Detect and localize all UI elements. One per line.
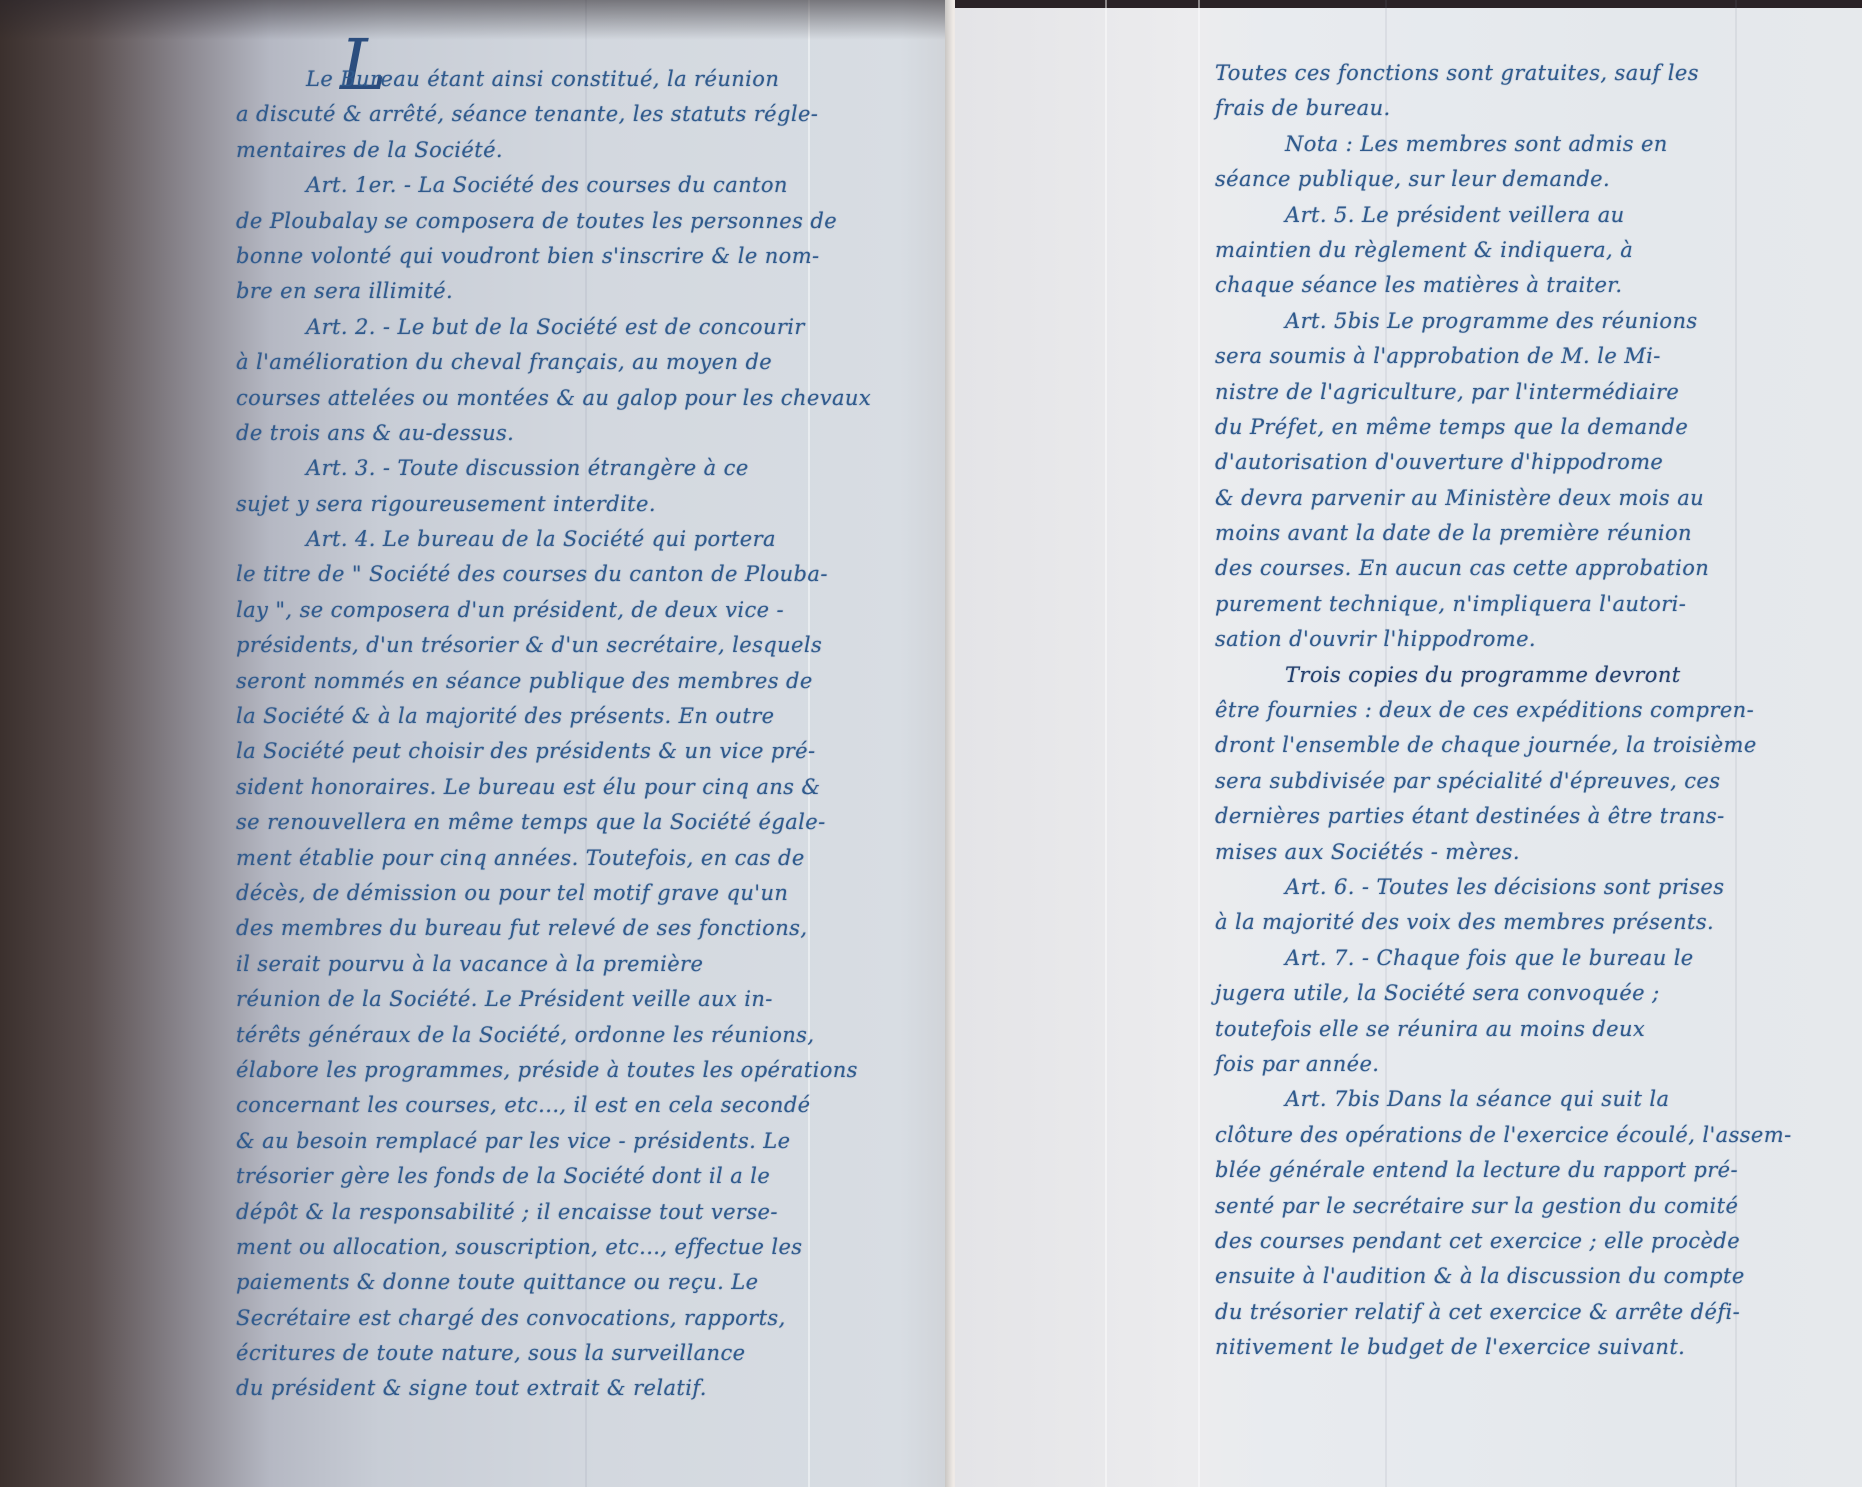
handwritten-line: Art. 4. Le bureau de la Société qui port… [236,522,936,557]
right-page-text: Toutes ces fonctions sont gratuites, sau… [1215,56,1855,1365]
handwritten-line: senté par le secrétaire sur la gestion d… [1215,1189,1855,1224]
handwritten-line: Le Bureau étant ainsi constitué, la réun… [236,62,936,97]
handwritten-line: concernant les courses, etc..., il est e… [236,1088,936,1123]
handwritten-line: seront nommés en séance publique des mem… [236,664,936,699]
handwritten-line: sident honoraires. Le bureau est élu pou… [236,770,936,805]
handwritten-line: chaque séance les matières à traiter. [1215,268,1855,303]
paper-crease [1105,0,1107,1487]
handwritten-line: mises aux Sociétés - mères. [1215,835,1855,870]
handwritten-line: Art. 6. - Toutes les décisions sont pris… [1215,870,1855,905]
handwritten-line: toutefois elle se réunira au moins deux [1215,1012,1855,1047]
handwritten-line: sera soumis à l'approbation de M. le Mi- [1215,339,1855,374]
handwritten-line: du président & signe tout extrait & rela… [236,1371,936,1406]
handwritten-line: de trois ans & au-dessus. [236,416,936,451]
handwritten-line: il serait pourvu à la vacance à la premi… [236,947,936,982]
handwritten-line: à l'amélioration du cheval français, au … [236,345,936,380]
handwritten-line: écritures de toute nature, sous la surve… [236,1336,936,1371]
handwritten-line: bre en sera illimité. [236,274,936,309]
handwritten-line: trésorier gère les fonds de la Société d… [236,1159,936,1194]
handwritten-line: Art. 7. - Chaque fois que le bureau le [1215,941,1855,976]
handwritten-line: moins avant la date de la première réuni… [1215,516,1855,551]
handwritten-line: Nota : Les membres sont admis en [1215,127,1855,162]
handwritten-line: du trésorier relatif à cet exercice & ar… [1215,1295,1855,1330]
handwritten-line: blée générale entend la lecture du rappo… [1215,1153,1855,1188]
handwritten-line: clôture des opérations de l'exercice éco… [1215,1118,1855,1153]
handwritten-line: a discuté & arrêté, séance tenante, les … [236,97,936,132]
handwritten-line: sation d'ouvrir l'hippodrome. [1215,622,1855,657]
left-page-text: Le Bureau étant ainsi constitué, la réun… [236,62,936,1407]
handwritten-line: nistre de l'agriculture, par l'intermédi… [1215,375,1855,410]
handwritten-line: élabore les programmes, préside à toutes… [236,1053,936,1088]
handwritten-line: ensuite à l'audition & à la discussion d… [1215,1259,1855,1294]
handwritten-line: Art. 5. Le président veillera au [1215,198,1855,233]
handwritten-line: être fournies : deux de ces expéditions … [1215,693,1855,728]
handwritten-line: séance publique, sur leur demande. [1215,162,1855,197]
handwritten-line: paiements & donne toute quittance ou reç… [236,1265,936,1300]
handwritten-line: Art. 3. - Toute discussion étrangère à c… [236,451,936,486]
handwritten-line: & au besoin remplacé par les vice - prés… [236,1124,936,1159]
handwritten-line: des courses. En aucun cas cette approbat… [1215,551,1855,586]
handwritten-line: des courses pendant cet exercice ; elle … [1215,1224,1855,1259]
handwritten-line: se renouvellera en même temps que la Soc… [236,805,936,840]
handwritten-line: dépôt & la responsabilité ; il encaisse … [236,1195,936,1230]
handwritten-line: Secrétaire est chargé des convocations, … [236,1301,936,1336]
handwritten-line: ment ou allocation, souscription, etc...… [236,1230,936,1265]
handwritten-line: maintien du règlement & indiquera, à [1215,233,1855,268]
handwritten-line: bonne volonté qui voudront bien s'inscri… [236,239,936,274]
handwritten-line: Toutes ces fonctions sont gratuites, sau… [1215,56,1855,91]
handwritten-line: térêts généraux de la Société, ordonne l… [236,1018,936,1053]
handwritten-line: sujet y sera rigoureusement interdite. [236,487,936,522]
handwritten-line: présidents, d'un trésorier & d'un secrét… [236,628,936,663]
handwritten-line: Art. 5bis Le programme des réunions [1215,304,1855,339]
handwritten-line: Trois copies du programme devront [1215,658,1855,693]
manuscript-photo: L Le Bureau étant ainsi constitué, la ré… [0,0,1862,1487]
handwritten-line: du Préfet, en même temps que la demande [1215,410,1855,445]
handwritten-line: lay ", se composera d'un président, de d… [236,593,936,628]
handwritten-line: de Ploubalay se composera de toutes les … [236,204,936,239]
handwritten-line: nitivement le budget de l'exercice suiva… [1215,1330,1855,1365]
handwritten-line: des membres du bureau fut relevé de ses … [236,911,936,946]
handwritten-line: réunion de la Société. Le Président veil… [236,982,936,1017]
handwritten-line: frais de bureau. [1215,91,1855,126]
handwritten-line: jugera utile, la Société sera convoquée … [1215,976,1855,1011]
handwritten-line: Art. 2. - Le but de la Société est de co… [236,310,936,345]
handwritten-line: sera subdivisée par spécialité d'épreuve… [1215,764,1855,799]
handwritten-line: la Société peut choisir des présidents &… [236,734,936,769]
handwritten-line: dront l'ensemble de chaque journée, la t… [1215,728,1855,763]
handwritten-line: Art. 1er. - La Société des courses du ca… [236,168,936,203]
handwritten-line: ment établie pour cinq années. Toutefois… [236,841,936,876]
handwritten-line: purement technique, n'impliquera l'autor… [1215,587,1855,622]
handwritten-line: mentaires de la Société. [236,133,936,168]
handwritten-line: le titre de " Société des courses du can… [236,557,936,592]
handwritten-line: décès, de démission ou pour tel motif gr… [236,876,936,911]
handwritten-line: fois par année. [1215,1047,1855,1082]
handwritten-line: à la majorité des voix des membres prése… [1215,905,1855,940]
handwritten-line: dernières parties étant destinées à être… [1215,799,1855,834]
handwritten-line: & devra parvenir au Ministère deux mois … [1215,481,1855,516]
paper-crease [1198,0,1200,1487]
handwritten-line: Art. 7bis Dans la séance qui suit la [1215,1082,1855,1117]
handwritten-line: la Société & à la majorité des présents.… [236,699,936,734]
handwritten-line: courses attelées ou montées & au galop p… [236,381,936,416]
handwritten-line: d'autorisation d'ouverture d'hippodrome [1215,445,1855,480]
